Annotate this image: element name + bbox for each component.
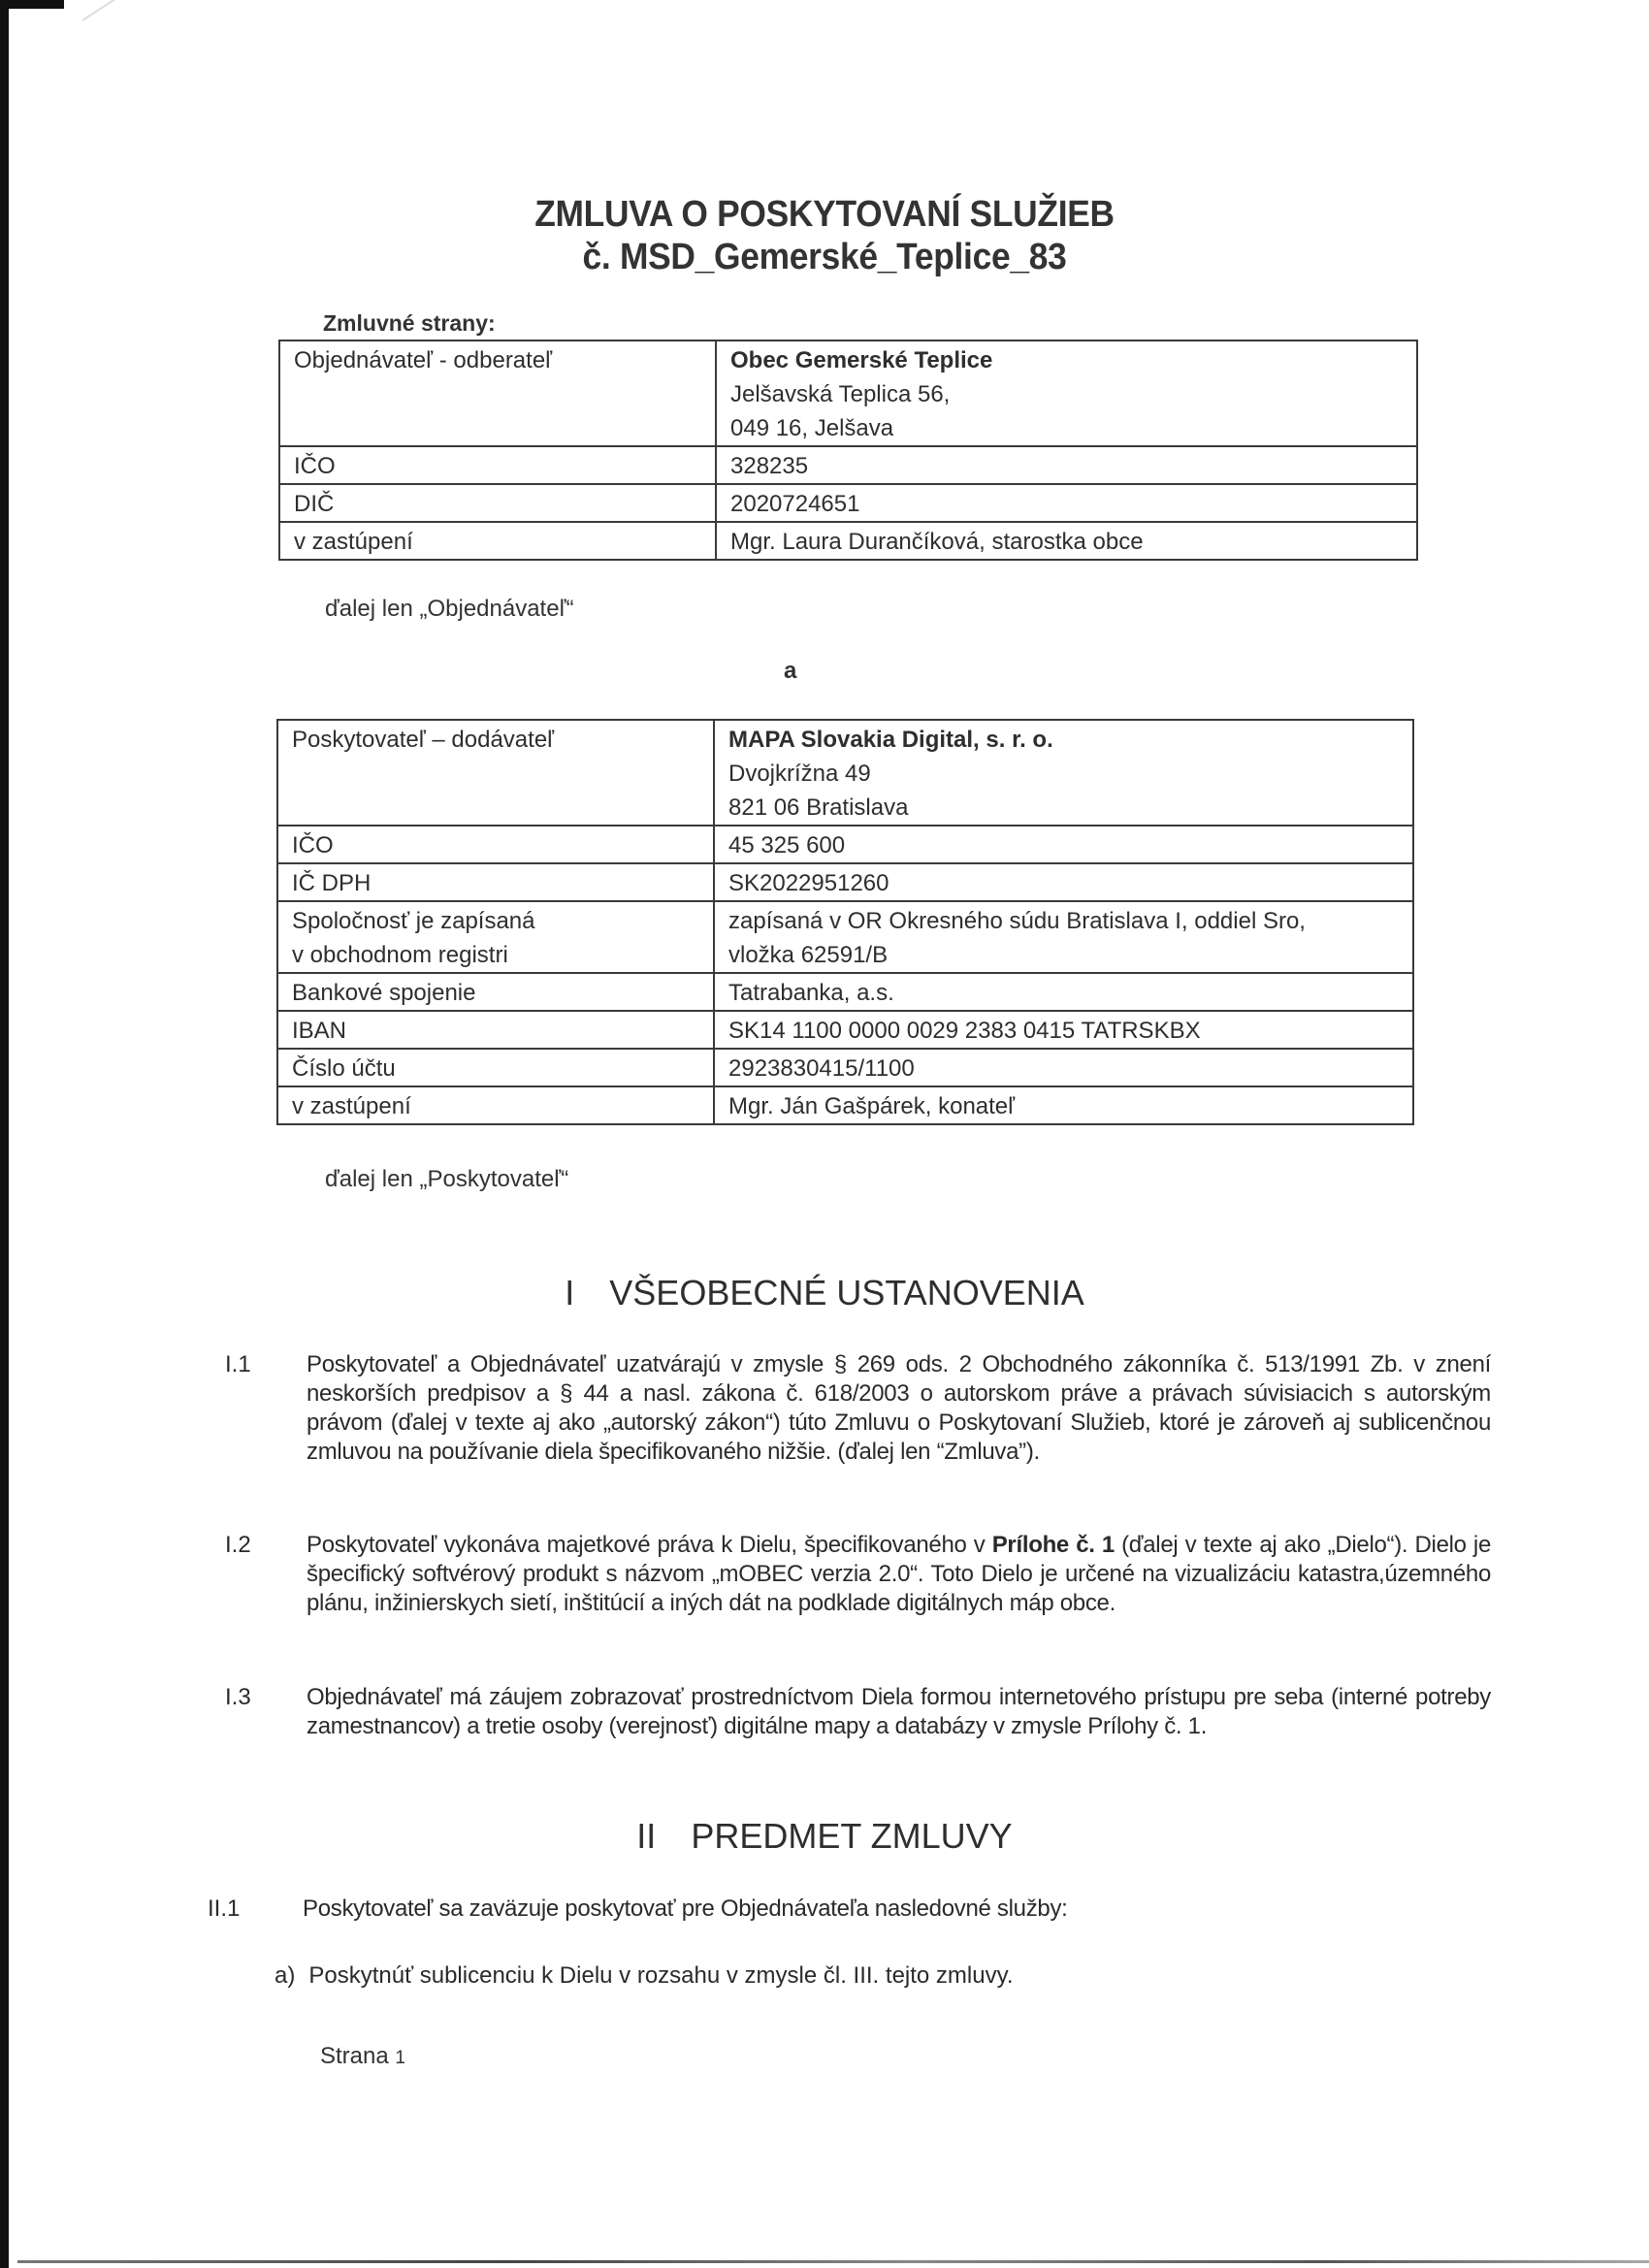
orderer-ico-value: 328235 [716,446,1417,484]
list-item-letter: a) [275,1962,295,1989]
provider-representative-value: Mgr. Ján Gašpárek, konateľ [714,1086,1413,1124]
provider-hereinafter: ďalej len „Poskytovateľ“ [325,1166,568,1193]
section-heading-subject: IIPREDMET ZMLUVY [0,1816,1649,1857]
parties-label: Zmluvné strany: [323,310,496,337]
provider-role-label: Poskytovateľ – dodávateľ [277,720,714,826]
orderer-dic-label: DIČ [279,484,716,522]
registry-label-line: v obchodnom registri [292,938,699,972]
orderer-dic-value: 2020724651 [716,484,1417,522]
table-row: IČO 45 325 600 [277,826,1413,863]
provider-representative-label: v zastúpení [277,1086,714,1124]
contract-number: č. MSD_Gemerské_Teplice_83 [58,237,1592,278]
clause-1-1: I.1 Poskytovateľ a Objednávateľ uzatvára… [225,1350,1491,1467]
provider-ico-value: 45 325 600 [714,826,1413,863]
provider-address: MAPA Slovakia Digital, s. r. o. Dvojkríž… [714,720,1413,826]
clause-text: Poskytovateľ a Objednávateľ uzatvárajú v… [307,1350,1491,1467]
clause-1-2: I.2 Poskytovateľ vykonáva majetkové práv… [225,1531,1491,1618]
section-number: II [636,1816,656,1856]
section-title: VŠEOBECNÉ USTANOVENIA [609,1273,1083,1312]
provider-bank-value: Tatrabanka, a.s. [714,973,1413,1011]
orderer-name: Obec Gemerské Teplice [730,343,1403,377]
clause-2-1: II.1 Poskytovateľ sa zaväzuje poskytovať… [208,1895,1473,1924]
orderer-hereinafter: ďalej len „Objednávateľ“ [325,596,574,623]
provider-table: Poskytovateľ – dodávateľ MAPA Slovakia D… [276,719,1414,1125]
table-row: Objednávateľ - odberateľ Obec Gemerské T… [279,340,1417,446]
registry-value-line: vložka 62591/B [728,938,1399,972]
section-heading-general-provisions: IVŠEOBECNÉ USTANOVENIA [0,1273,1649,1313]
section-title: PREDMET ZMLUVY [691,1816,1012,1856]
clause-text-part: Poskytovateľ vykonáva majetkové práva k … [307,1532,992,1558]
clause-number: I.3 [225,1683,303,1712]
provider-vat-value: SK2022951260 [714,863,1413,901]
registry-value-line: zapísaná v OR Okresného súdu Bratislava … [728,904,1399,938]
provider-iban-label: IBAN [277,1011,714,1049]
provider-name: MAPA Slovakia Digital, s. r. o. [728,723,1399,757]
provider-account-value: 2923830415/1100 [714,1049,1413,1086]
table-row: Spoločnosť je zapísaná v obchodnom regis… [277,901,1413,973]
clause-1-3: I.3 Objednávateľ má záujem zobrazovať pr… [225,1683,1491,1741]
scan-mark [81,0,160,21]
provider-street: Dvojkrížna 49 [728,757,1399,791]
annex-reference: Prílohe č. 1 [992,1532,1115,1558]
provider-registry-value: zapísaná v OR Okresného súdu Bratislava … [714,901,1413,973]
clause-text: Objednávateľ má záujem zobrazovať prostr… [307,1683,1491,1741]
page-footer: Strana 1 [320,2043,405,2070]
provider-city: 821 06 Bratislava [728,791,1399,825]
clause-number: I.1 [225,1350,303,1379]
table-row: Číslo účtu 2923830415/1100 [277,1049,1413,1086]
list-item: a)Poskytnúť sublicenciu k Dielu v rozsah… [275,1962,1013,1990]
scan-border-left [0,0,9,2268]
table-row: v zastúpení Mgr. Ján Gašpárek, konateľ [277,1086,1413,1124]
provider-registry-label: Spoločnosť je zapísaná v obchodnom regis… [277,901,714,973]
orderer-table: Objednávateľ - odberateľ Obec Gemerské T… [278,340,1418,561]
table-row: IBAN SK14 1100 0000 0029 2383 0415 TATRS… [277,1011,1413,1049]
orderer-street: Jelšavská Teplica 56, [730,377,1403,411]
clause-number: I.2 [225,1531,303,1560]
scan-corner [9,9,65,15]
section-number: I [565,1273,574,1312]
registry-label-line: Spoločnosť je zapísaná [292,904,699,938]
clause-text: Poskytovateľ sa zaväzuje poskytovať pre … [303,1895,1473,1924]
scan-border-top [0,0,64,9]
table-row: IČO 328235 [279,446,1417,484]
provider-account-label: Číslo účtu [277,1049,714,1086]
orderer-role-label: Objednávateľ - odberateľ [279,340,716,446]
provider-bank-label: Bankové spojenie [277,973,714,1011]
orderer-ico-label: IČO [279,446,716,484]
orderer-city: 049 16, Jelšava [730,411,1403,445]
page-label: Strana [320,2043,389,2069]
table-row: IČ DPH SK2022951260 [277,863,1413,901]
orderer-address: Obec Gemerské Teplice Jelšavská Teplica … [716,340,1417,446]
list-item-text: Poskytnúť sublicenciu k Dielu v rozsahu … [308,1962,1013,1989]
document-title: ZMLUVA O POSKYTOVANÍ SLUŽIEB [58,194,1592,236]
conjunction: a [784,658,796,685]
provider-ico-label: IČO [277,826,714,863]
provider-vat-label: IČ DPH [277,863,714,901]
table-row: Poskytovateľ – dodávateľ MAPA Slovakia D… [277,720,1413,826]
orderer-representative-label: v zastúpení [279,522,716,560]
clause-text: Poskytovateľ vykonáva majetkové práva k … [307,1531,1491,1618]
table-row: Bankové spojenie Tatrabanka, a.s. [277,973,1413,1011]
orderer-representative-value: Mgr. Laura Durančíková, starostka obce [716,522,1417,560]
page-number: 1 [395,2048,405,2068]
scan-border-bottom [17,2260,1649,2263]
provider-iban-value: SK14 1100 0000 0029 2383 0415 TATRSKBX [714,1011,1413,1049]
table-row: v zastúpení Mgr. Laura Durančíková, star… [279,522,1417,560]
table-row: DIČ 2020724651 [279,484,1417,522]
clause-number: II.1 [208,1895,285,1924]
